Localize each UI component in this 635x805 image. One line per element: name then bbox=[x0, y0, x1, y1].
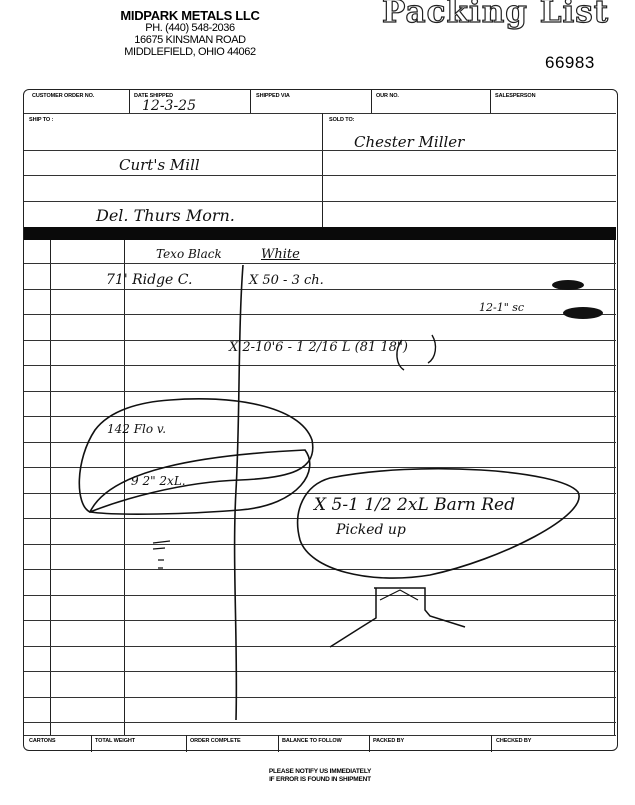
handwritten-note: 142 Flo v. bbox=[107, 422, 166, 436]
item-row-rule bbox=[24, 595, 616, 596]
item-row-rule bbox=[24, 442, 616, 443]
rule bbox=[24, 113, 616, 114]
divider bbox=[129, 90, 130, 113]
item-row-rule bbox=[24, 314, 616, 315]
our-no-label: OUR NO. bbox=[376, 93, 399, 99]
divider bbox=[490, 90, 491, 113]
item-row-rule bbox=[24, 289, 616, 290]
handwritten-note: 12-1" sc bbox=[479, 301, 524, 314]
sold-to-label: SOLD TO: bbox=[329, 117, 354, 123]
handwritten-note: Picked up bbox=[336, 522, 406, 538]
item-row-rule bbox=[24, 671, 616, 672]
ship-to-label: SHIP TO : bbox=[29, 117, 53, 123]
rule bbox=[24, 175, 616, 176]
handwritten-note: X 50 - 3 ch. bbox=[249, 273, 324, 288]
rule bbox=[24, 201, 616, 202]
cartons-label: CARTONS bbox=[29, 738, 55, 744]
item-row-rule bbox=[24, 646, 616, 647]
company-phone: PH. (440) 548-2036 bbox=[95, 22, 285, 34]
item-row-rule bbox=[24, 467, 616, 468]
packing-list-form: CUSTOMER ORDER NO. DATE SHIPPED 12-3-25 … bbox=[23, 89, 618, 751]
document-title: Packing List bbox=[382, 0, 609, 30]
divider bbox=[186, 735, 187, 752]
order-complete-label: ORDER COMPLETE bbox=[190, 738, 241, 744]
packed-by-label: PACKED BY bbox=[373, 738, 404, 744]
date-shipped-value[interactable]: 12-3-25 bbox=[142, 98, 196, 114]
divider bbox=[491, 735, 492, 752]
company-header: MIDPARK METALS LLC PH. (440) 548-2036 16… bbox=[95, 10, 285, 58]
rule bbox=[24, 150, 616, 151]
divider bbox=[250, 90, 251, 113]
company-address: 16675 KINSMAN ROAD bbox=[95, 34, 285, 46]
divider bbox=[369, 735, 370, 752]
handwritten-note: X 5-1 1/2 2xL Barn Red bbox=[314, 495, 515, 515]
item-row-rule bbox=[24, 569, 616, 570]
item-row-rule bbox=[24, 697, 616, 698]
company-name: MIDPARK METALS LLC bbox=[95, 10, 285, 22]
sold-to-name[interactable]: Chester Miller bbox=[354, 133, 464, 151]
ship-to-line-3[interactable]: Del. Thurs Morn. bbox=[96, 206, 235, 225]
document-number: 66983 bbox=[545, 53, 595, 73]
item-row-rule bbox=[24, 263, 616, 264]
item-row-rule bbox=[24, 493, 616, 494]
footer-note-line-2: IF ERROR IS FOUND IN SHIPMENT bbox=[240, 776, 400, 784]
total-weight-label: TOTAL WEIGHT bbox=[95, 738, 135, 744]
handwritten-note: X 2-10'6 - 1 2/16 L (81 18") bbox=[229, 340, 408, 355]
company-city: MIDDLEFIELD, OHIO 44062 bbox=[95, 46, 285, 58]
item-row-rule bbox=[24, 365, 616, 366]
item-row-rule bbox=[24, 391, 616, 392]
item-row-rule bbox=[24, 620, 616, 621]
customer-order-label: CUSTOMER ORDER NO. bbox=[32, 93, 94, 99]
rule bbox=[24, 735, 616, 736]
handwritten-note: White bbox=[261, 247, 300, 262]
footer-note: PLEASE NOTIFY US IMMEDIATELY IF ERROR IS… bbox=[240, 768, 400, 784]
ship-to-line-1[interactable]: Curt's Mill bbox=[119, 156, 200, 174]
salesperson-label: SALESPERSON bbox=[495, 93, 535, 99]
handwritten-note: 71' Ridge C. bbox=[106, 272, 192, 288]
item-row-rule bbox=[24, 518, 616, 519]
divider bbox=[278, 735, 279, 752]
item-row-rule bbox=[24, 416, 616, 417]
item-row-rule bbox=[24, 544, 616, 545]
handwritten-note: 9 2" 2xL. bbox=[131, 474, 186, 488]
handwritten-note: Texo Black bbox=[156, 247, 222, 261]
divider bbox=[371, 90, 372, 113]
shipped-via-label: SHIPPED VIA bbox=[256, 93, 290, 99]
balance-to-follow-label: BALANCE TO FOLLOW bbox=[282, 738, 342, 744]
divider bbox=[322, 113, 323, 227]
footer-note-line-1: PLEASE NOTIFY US IMMEDIATELY bbox=[240, 768, 400, 776]
item-row-rule bbox=[24, 722, 616, 723]
column-header-bar bbox=[24, 227, 616, 240]
divider bbox=[91, 735, 92, 752]
checked-by-label: CHECKED BY bbox=[496, 738, 531, 744]
